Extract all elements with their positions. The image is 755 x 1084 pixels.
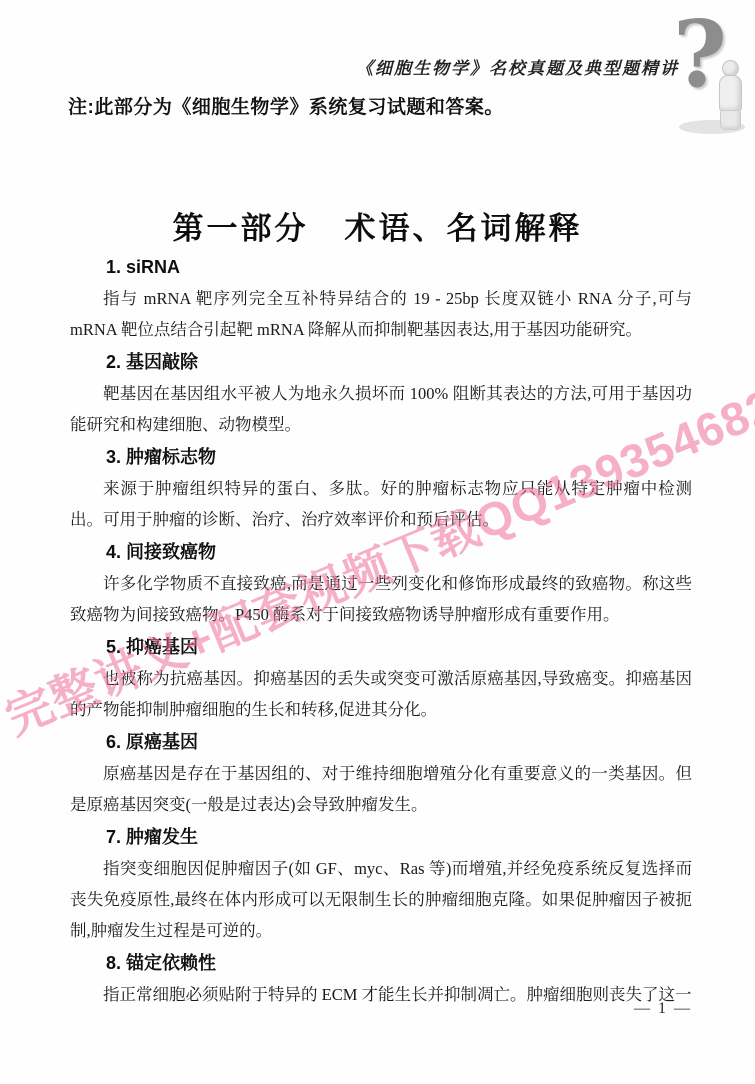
terms-list: 1. siRNA 指与 mRNA 靶序列完全互补特异结合的 19 - 25bp …: [70, 250, 692, 1010]
question-figure-icon: ?: [669, 22, 755, 140]
document-page: 完整讲义+配套视频下载QQ1393546828 《细胞生物学》名校真题及典型题精…: [0, 0, 755, 1084]
term-heading: 7. 肿瘤发生: [106, 824, 692, 850]
term-heading: 2. 基因敲除: [106, 349, 692, 375]
term-body: 指正常细胞必须贴附于特异的 ECM 才能生长并抑制凋亡。肿瘤细胞则丧失了这一: [70, 979, 692, 1010]
term-heading: 8. 锚定依赖性: [106, 950, 692, 976]
person-legs: [720, 110, 741, 130]
header-series-title: 《细胞生物学》名校真题及典型题精讲: [356, 54, 679, 79]
term-body: 指突变细胞因促肿瘤因子(如 GF、myc、Ras 等)而增殖,并经免疫系统反复选…: [70, 853, 692, 946]
term-heading: 6. 原癌基因: [106, 729, 692, 755]
term-heading: 5. 抑癌基因: [106, 634, 692, 660]
term-body: 原癌基因是存在于基因组的、对于维持细胞增殖分化有重要意义的一类基因。但是原癌基因…: [70, 758, 692, 820]
term-body: 来源于肿瘤组织特异的蛋白、多肽。好的肿瘤标志物应只能从特定肿瘤中检测出。可用于肿…: [70, 473, 692, 535]
term-heading: 1. siRNA: [106, 254, 692, 280]
page-number: — 1 —: [634, 1000, 692, 1018]
term-body: 靶基因在基因组水平被人为地永久损坏而 100% 阻断其表达的方法,可用于基因功能…: [70, 378, 692, 440]
term-heading: 4. 间接致癌物: [106, 539, 692, 565]
term-body: 指与 mRNA 靶序列完全互补特异结合的 19 - 25bp 长度双链小 RNA…: [70, 283, 692, 345]
term-body: 也被称为抗癌基因。抑癌基因的丢失或突变可激活原癌基因,导致癌变。抑癌基因的产物能…: [70, 663, 692, 725]
section-title-part: 第一部分: [173, 211, 309, 246]
term-heading: 3. 肿瘤标志物: [106, 444, 692, 470]
section-title-name: 术语、名词解释: [345, 211, 583, 246]
term-body: 许多化学物质不直接致癌,而是通过一些列变化和修饰形成最终的致癌物。称这些致癌物为…: [70, 568, 692, 630]
person-torso: [719, 75, 742, 113]
note-line: 注:此部分为《细胞生物学》系统复习试题和答案。: [68, 92, 504, 119]
section-title: 第一部分术语、名词解释: [0, 203, 755, 248]
